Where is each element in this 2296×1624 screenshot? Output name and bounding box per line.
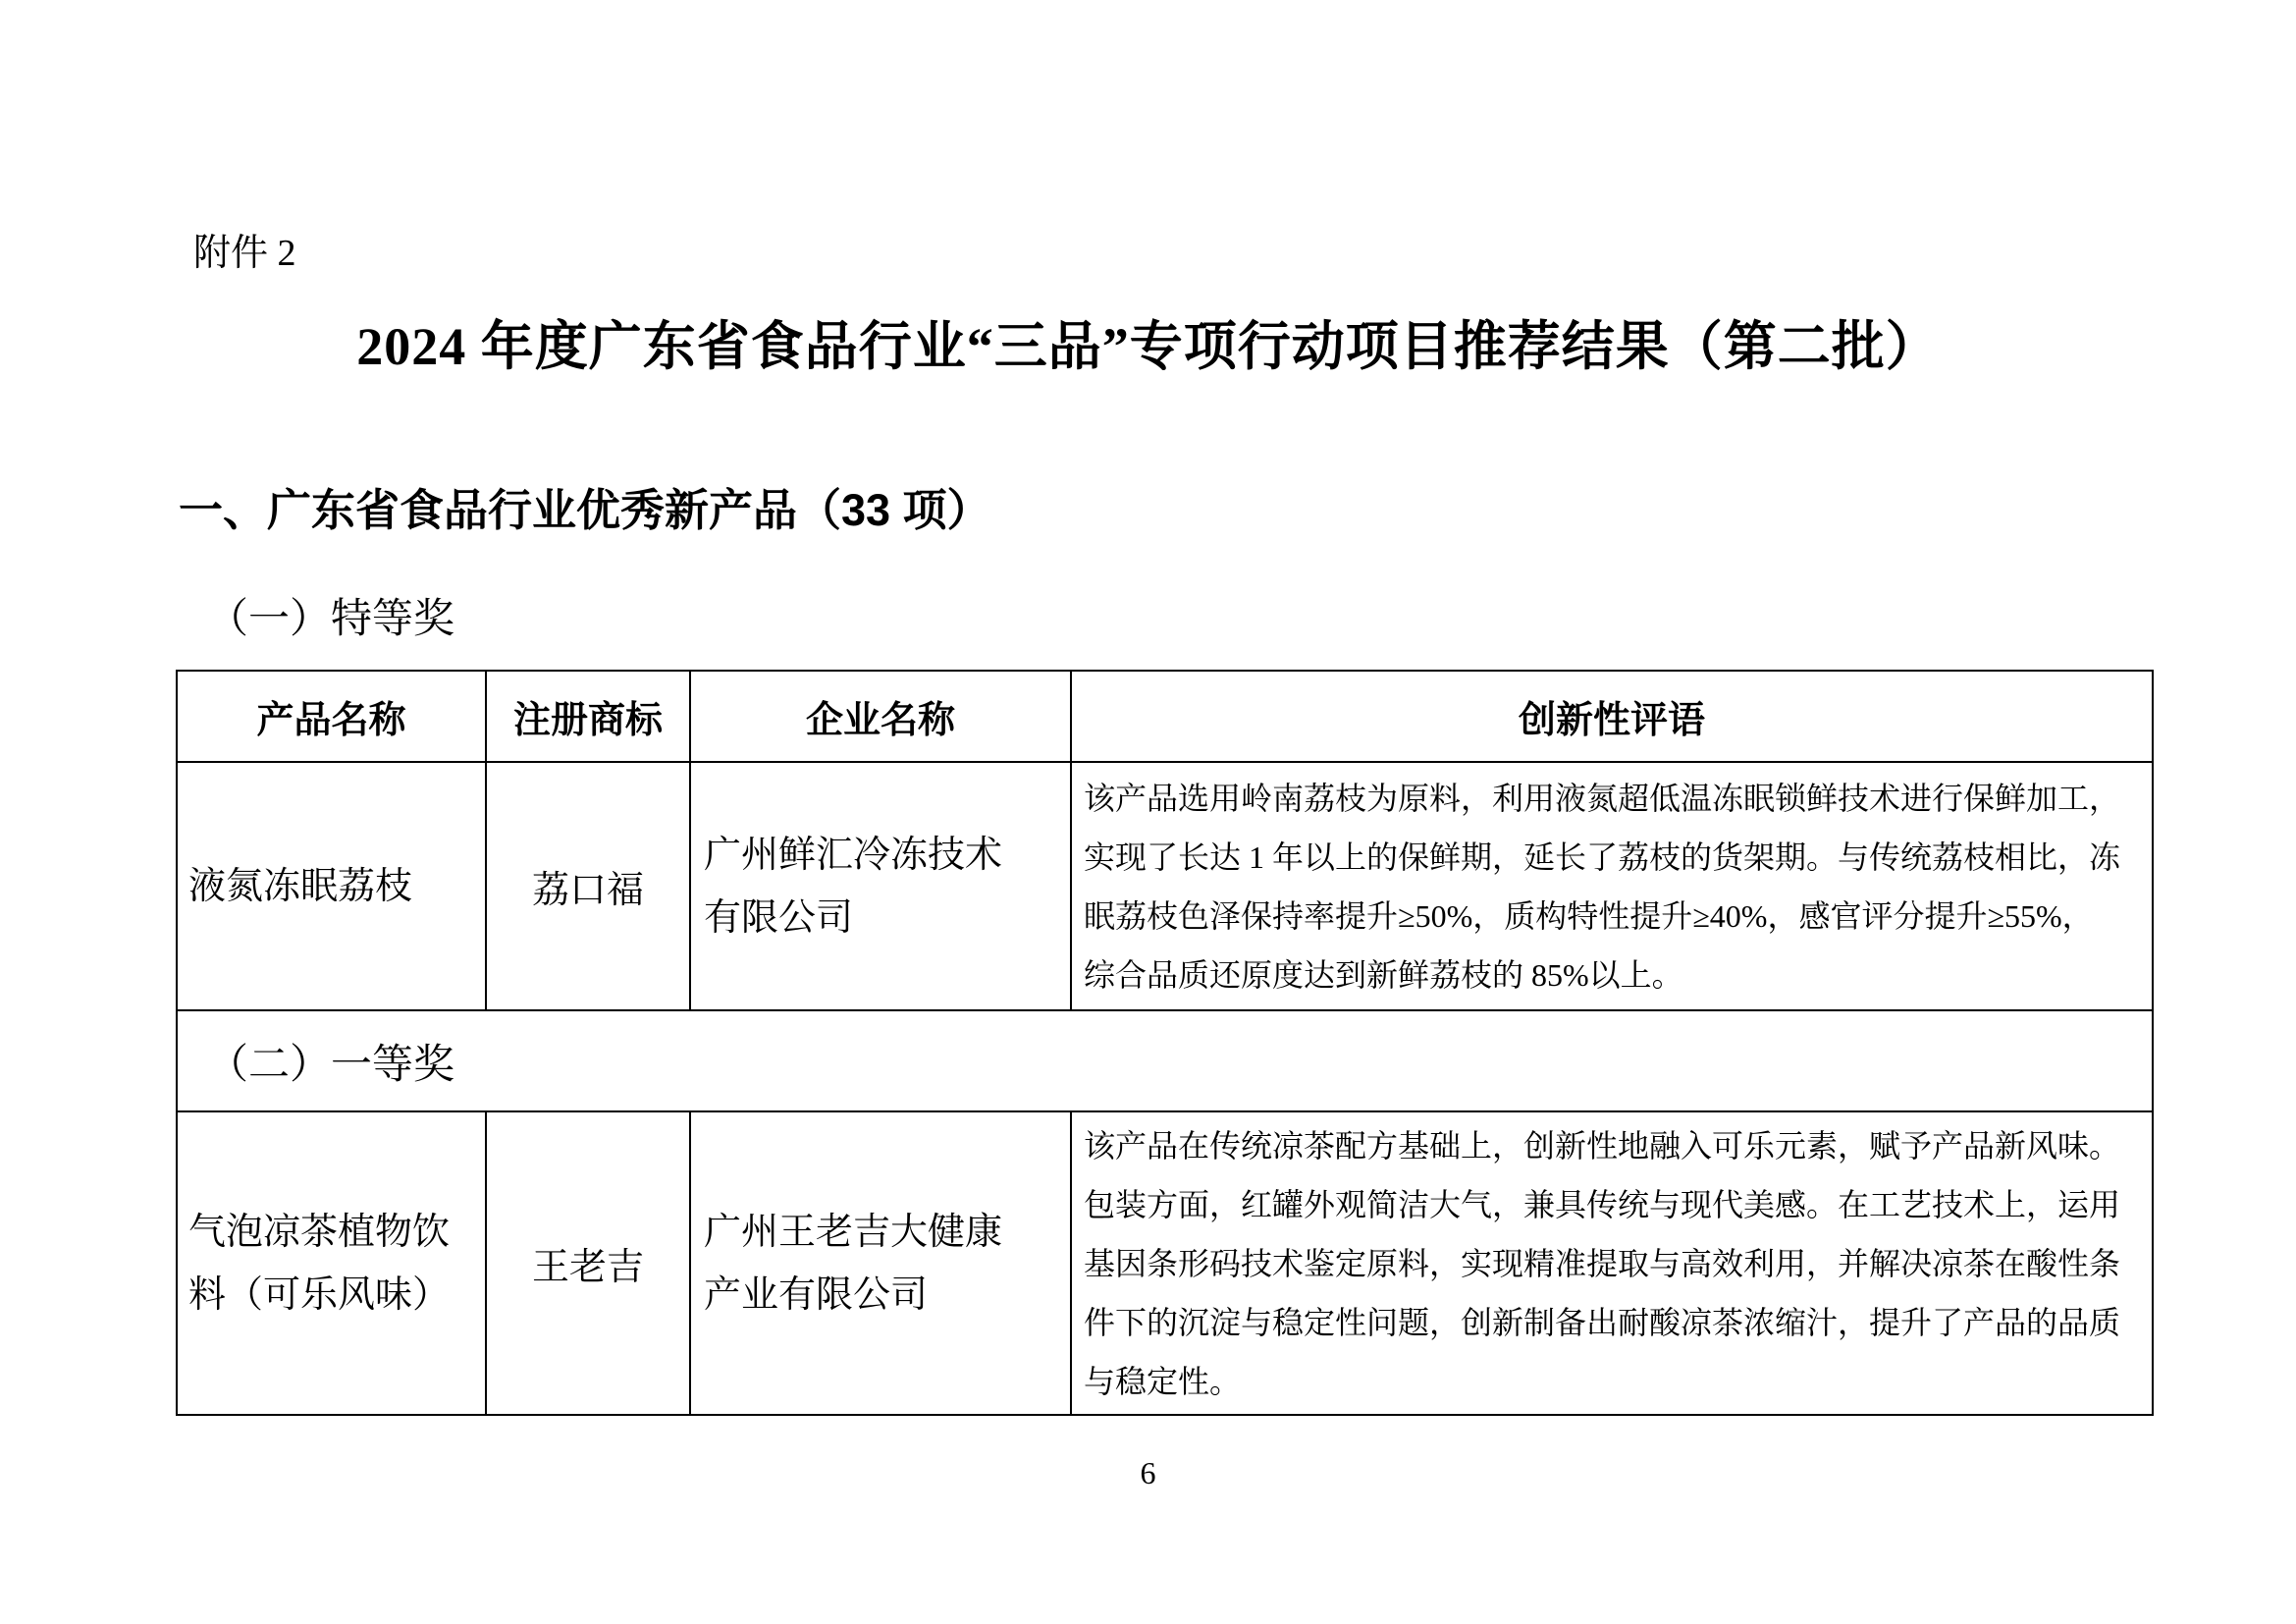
col-header-company-name: 企业名称: [690, 671, 1071, 762]
subsection-heading-first-prize: （二）一等奖: [177, 1010, 2153, 1111]
product-name-cell: 气泡凉茶植物饮 料（可乐风味）: [177, 1111, 486, 1415]
page-number: 6: [0, 1455, 2296, 1491]
table-section-row-first-prize: （二）一等奖: [177, 1010, 2153, 1111]
trademark-cell: 荔口福: [486, 762, 690, 1010]
company-name-cell: 广州鲜汇冷冻技术 有限公司: [690, 762, 1071, 1010]
company-name-cell: 广州王老吉大健康 产业有限公司: [690, 1111, 1071, 1415]
document-page: 附件 2 2024 年度广东省食品行业“三品”专项行动项目推荐结果（第二批） 一…: [0, 0, 2296, 1624]
innovation-comment-cell: 该产品在传统凉茶配方基础上，创新性地融入可乐元素，赋予产品新风味。 包装方面，红…: [1071, 1111, 2153, 1415]
table-header-row: 产品名称 注册商标 企业名称 创新性评语: [177, 671, 2153, 762]
section-heading-new-products: 一、广东省食品行业优秀新产品（33 项）: [179, 485, 991, 536]
document-title: 2024 年度广东省食品行业“三品”专项行动项目推荐结果（第二批）: [0, 314, 2296, 381]
table-row-first-prize: 气泡凉茶植物饮 料（可乐风味） 王老吉 广州王老吉大健康 产业有限公司 该产品在…: [177, 1111, 2153, 1415]
trademark-cell: 王老吉: [486, 1111, 690, 1415]
col-header-innovation-comment: 创新性评语: [1071, 671, 2153, 762]
attachment-label: 附件 2: [193, 232, 296, 277]
col-header-trademark: 注册商标: [486, 671, 690, 762]
col-header-product-name: 产品名称: [177, 671, 486, 762]
table-row-special-prize: 液氮冻眠荔枝 荔口福 广州鲜汇冷冻技术 有限公司 该产品选用岭南荔枝为原料，利用…: [177, 762, 2153, 1010]
innovation-comment-cell: 该产品选用岭南荔枝为原料，利用液氮超低温冻眠锁鲜技术进行保鲜加工， 实现了长达 …: [1071, 762, 2153, 1010]
product-name-cell: 液氮冻眠荔枝: [177, 762, 486, 1010]
subsection-heading-special-prize: （一）特等奖: [207, 595, 454, 644]
awards-table: 产品名称 注册商标 企业名称 创新性评语 液氮冻眠荔枝 荔口福 广州鲜汇冷冻技术…: [176, 670, 2154, 1416]
